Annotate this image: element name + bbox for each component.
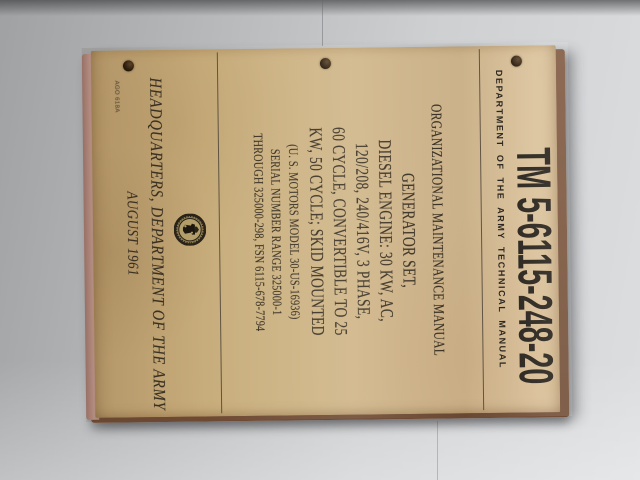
date-line: AUGUST 1961 bbox=[122, 78, 141, 390]
headquarters-line: HEADQUARTERS, DEPARTMENT OF THE ARMY bbox=[147, 78, 168, 390]
detail-line: THROUGH 325000-298, FSN 6115-678-7794 bbox=[251, 89, 267, 375]
title-line: GENERATOR SET, bbox=[398, 93, 419, 368]
title-subtitle: ORGANIZATIONAL MAINTENANCE MANUAL bbox=[427, 91, 445, 370]
title-line: 120/208, 240/416V, 3 PHASE, bbox=[352, 93, 373, 368]
tm-number: TM 5-6115-248-20 bbox=[508, 147, 559, 385]
print-code: AGO 618A bbox=[113, 81, 119, 113]
top-rule bbox=[479, 49, 484, 410]
detail-line: SERIAL NUMBER RANGE 325000-1 bbox=[268, 89, 284, 375]
da-seal-icon bbox=[174, 213, 206, 245]
punch-hole bbox=[511, 56, 522, 67]
title-line: DIESEL ENGINE: 30 KW, AC, bbox=[375, 93, 396, 368]
surface-seam bbox=[437, 421, 438, 480]
title-line: 60 CYCLE, CONVERTIBLE TO 25 bbox=[329, 94, 350, 369]
manual-booklet: TM 5-6115-248-20 DEPARTMENT OF THE ARMY … bbox=[82, 42, 573, 422]
bottom-rule bbox=[217, 52, 222, 413]
title-line: KW, 50 CYCLE; SKID MOUNTED bbox=[306, 94, 327, 369]
front-cover: TM 5-6115-248-20 DEPARTMENT OF THE ARMY … bbox=[91, 45, 560, 418]
cover-header: DEPARTMENT OF THE ARMY TECHNICAL MANUAL bbox=[494, 70, 508, 369]
detail-line: (U. S. MOTORS MODEL 30-US-16936) bbox=[286, 89, 302, 375]
punch-hole bbox=[320, 58, 331, 69]
surface-seam bbox=[322, 0, 323, 46]
punch-hole bbox=[123, 60, 134, 71]
surface-top-shadow bbox=[0, 0, 640, 16]
photo-surface: TM 5-6115-248-20 DEPARTMENT OF THE ARMY … bbox=[0, 0, 640, 480]
front-cover-placement: TM 5-6115-248-20 DEPARTMENT OF THE ARMY … bbox=[91, 45, 560, 418]
